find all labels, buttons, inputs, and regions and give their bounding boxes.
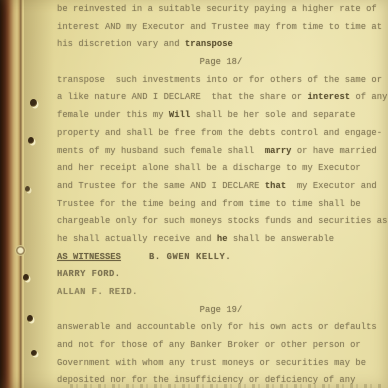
testator-signature: B. GWEN KELLY. <box>121 252 231 262</box>
scanned-page: be reinvested in a suitable security pay… <box>0 0 388 388</box>
binding-hole <box>25 186 30 192</box>
witness-name: ALLAN F. REID. <box>57 284 385 302</box>
page-text: be reinvested in a suitable security pay… <box>57 1 385 388</box>
page-19-label: Page 19/ <box>57 302 385 320</box>
will-text-line: female under this my Will shall be her s… <box>57 107 385 125</box>
cutoff-text-sliver <box>70 384 382 388</box>
will-text-line: chargeable only for such moneys stocks f… <box>57 213 385 231</box>
will-text-line: a like nature AND I DECLARE that the sha… <box>57 89 385 107</box>
witness-name: HARRY FORD. <box>57 266 385 284</box>
binding-hole <box>28 137 34 144</box>
will-text-line: and not for those of any Banker Broker o… <box>57 337 385 355</box>
will-text-line: transpose such investments into or for o… <box>57 72 385 90</box>
will-text-line: his discretion vary and transpose <box>57 36 385 54</box>
attestation-row: AS WITNESSESB. GWEN KELLY. <box>57 249 385 267</box>
binding-hole <box>30 99 37 107</box>
page-edge-shadow <box>24 0 54 388</box>
will-text-line: and Trustee for the same AND I DECLARE t… <box>57 178 385 196</box>
book-binding-edge <box>0 0 24 388</box>
will-text-line: Trustee for the time being and from time… <box>57 196 385 214</box>
binding-hole <box>23 274 29 281</box>
binding-hole <box>15 245 26 256</box>
binding-hole <box>31 350 37 356</box>
will-text-line: be reinvested in a suitable security pay… <box>57 1 385 19</box>
will-text-line: ments of my husband such female shall ma… <box>57 143 385 161</box>
will-text-line: property and shall be free from the debt… <box>57 125 385 143</box>
witness-heading: AS WITNESSES <box>57 252 121 262</box>
will-text-line: Government with whom any trust moneys or… <box>57 355 385 373</box>
page-18-label: Page 18/ <box>57 54 385 72</box>
will-text-line: he shall actually receive and he shall b… <box>57 231 385 249</box>
will-text-line: interest AND my Executor and Trustee may… <box>57 19 385 37</box>
will-text-line: answerable and accountable only for his … <box>57 319 385 337</box>
binding-hole <box>27 315 33 322</box>
will-text-line: and her receipt alone shall be a dischar… <box>57 160 385 178</box>
